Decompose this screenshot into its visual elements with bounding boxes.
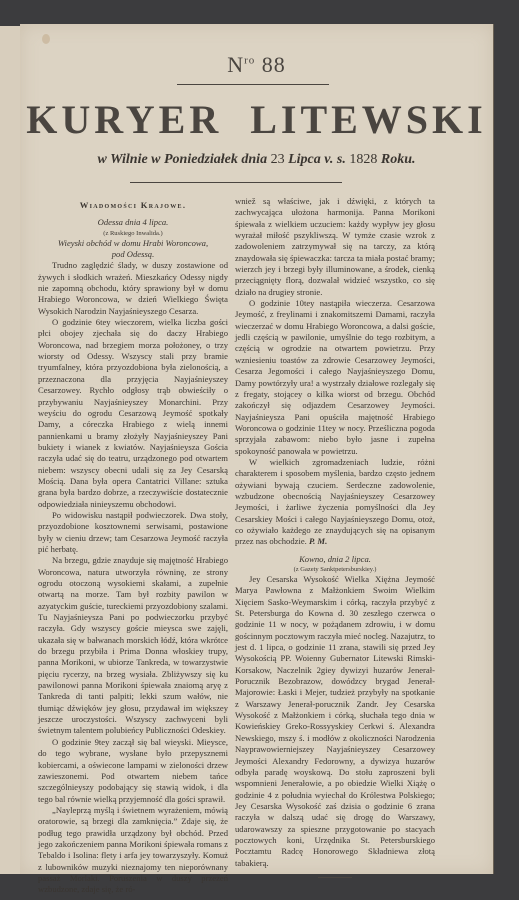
paragraph: O godzinie 9tey zaczął się bal wieyski. … bbox=[38, 737, 228, 805]
adjacent-page-edge bbox=[0, 26, 21, 874]
issue-number: Nro 88 bbox=[20, 52, 493, 78]
article-subtitle-2: pod Odessą. bbox=[38, 249, 228, 260]
left-column: Wiadomości Krajowe. Odessa dnia 4 lipca.… bbox=[38, 196, 228, 896]
dateline-style: v. s. bbox=[324, 152, 346, 167]
paragraph: W wielkich zgromadzeniach ludzie, różni … bbox=[235, 457, 435, 548]
article-source: (z Gazety Sanktpetersburskiey.) bbox=[235, 565, 435, 574]
paragraph: „Nayleprzą myślą i świetnem wyrażeniem, … bbox=[38, 805, 228, 896]
paragraph-text: W wielkich zgromadzeniach ludzie, różni … bbox=[235, 457, 435, 546]
article-subtitle: Wieyski obchód w domu Hrabi Woroncowa, bbox=[38, 238, 228, 249]
paragraph-continued: wniež są właściwe, jak i dźwięki, z któr… bbox=[235, 196, 435, 298]
dateline-month: Lipca bbox=[285, 152, 325, 167]
dateline-roku: Roku. bbox=[381, 152, 416, 167]
dateline-day: 23 bbox=[271, 152, 285, 167]
newspaper-title: KURYER LITEWSKI bbox=[20, 96, 493, 143]
newspaper-page: Nro 88 KURYER LITEWSKI w Wilnie w Ponied… bbox=[20, 24, 494, 874]
paragraph: Na brzegu, gdzie znayduje się majętność … bbox=[38, 555, 228, 737]
right-column: wniež są właściwe, jak i dźwięki, z któr… bbox=[235, 196, 435, 878]
article-place-date: Kowno, dnia 2 lipca. bbox=[235, 554, 435, 565]
issue-number-value: 88 bbox=[262, 52, 286, 77]
author-signature: P. M. bbox=[309, 536, 327, 546]
article-source: (z Ruskiego Inwalida.) bbox=[38, 229, 228, 238]
masthead-rule-top bbox=[177, 84, 329, 85]
article-end-rule bbox=[318, 877, 352, 878]
issue-prefix: N bbox=[227, 52, 244, 77]
dateline-year: 1828 bbox=[346, 152, 381, 167]
paragraph: Jey Cesarska Wysokość Wielka Xiężna Jeym… bbox=[235, 574, 435, 869]
dateline-text: w Wilnie w Poniedziałek dnia bbox=[97, 152, 270, 167]
section-heading: Wiadomości Krajowe. bbox=[38, 200, 228, 211]
dateline: w Wilnie w Poniedziałek dnia 23 Lipca v.… bbox=[20, 152, 493, 168]
paragraph: O godzinie 10tey nastąpiła wieczerza. Ce… bbox=[235, 298, 435, 457]
paragraph: Po widowisku nastąpił podwieczorek. Dwa … bbox=[38, 510, 228, 555]
paper-stain bbox=[42, 34, 50, 44]
masthead-rule-bottom bbox=[130, 182, 342, 183]
article-place-date: Odessa dnia 4 lipca. bbox=[38, 217, 228, 228]
paragraph: Trudno zaględzić ślady, w duszy zostawio… bbox=[38, 260, 228, 317]
paragraph: O godzinie 6tey wieczorem, wielka liczba… bbox=[38, 317, 228, 510]
issue-sup: ro bbox=[244, 55, 255, 67]
